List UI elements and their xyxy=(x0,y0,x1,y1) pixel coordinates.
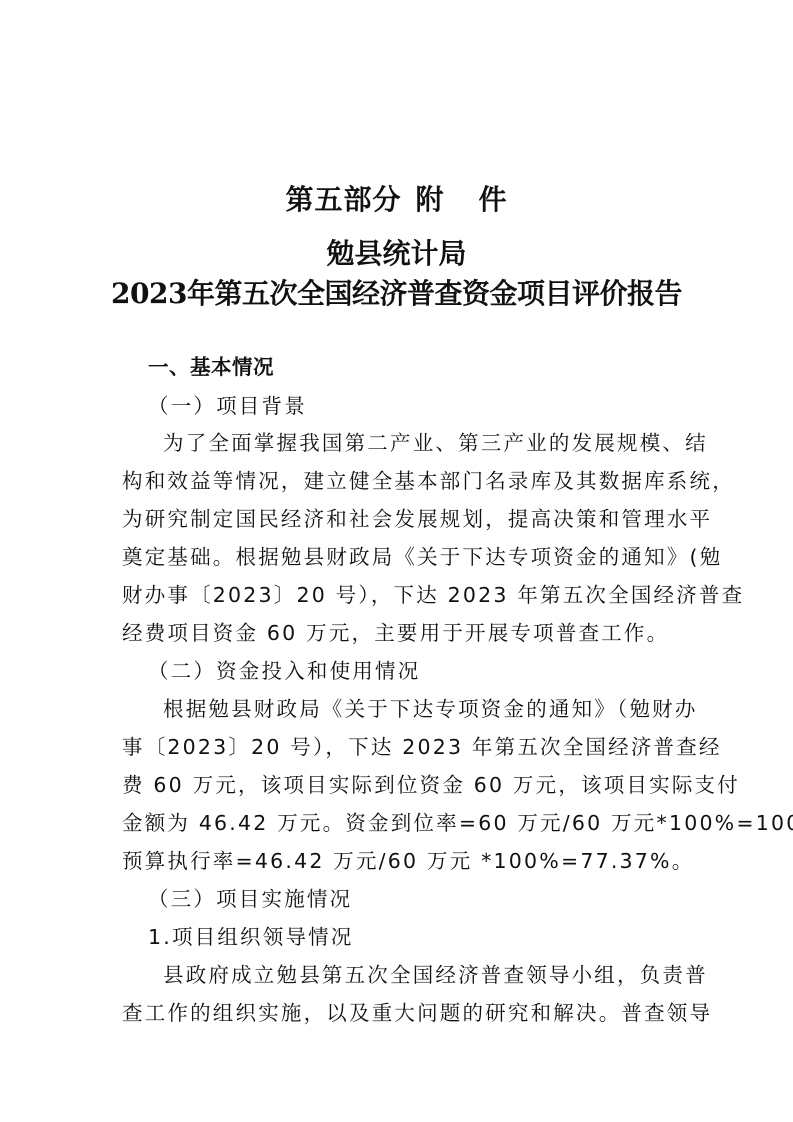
paragraph-line: 费 60 万元，该项目实际到位资金 60 万元，该项目实际支付 xyxy=(122,770,682,800)
paragraph-line: 金额为 46.42 万元。资金到位率=60 万元/60 万元*100%=100%… xyxy=(122,808,682,838)
paragraph-line: 为了全面掌握我国第二产业、第三产业的发展规模、结 xyxy=(163,428,723,458)
paragraph-line: 查工作的组织实施，以及重大问题的研究和解决。普查领导 xyxy=(122,998,682,1028)
paragraph-line: 预算执行率=46.42 万元/60 万元 *100%=77.37%。 xyxy=(122,846,682,876)
paragraph-line: 事〔2023〕20 号），下达 2023 年第五次全国经济普查经 xyxy=(122,732,682,762)
subsection-heading-background: （一）项目背景 xyxy=(148,391,708,421)
paragraph-line: 奠定基础。根据勉县财政局《关于下达专项资金的通知》(勉 xyxy=(122,542,682,572)
organization-title: 勉县统计局 xyxy=(0,236,793,272)
report-title: 2023年第五次全国经济普查资金项目评价报告 xyxy=(0,274,793,314)
part-word-1: 附 xyxy=(415,183,444,216)
part-word-2: 件 xyxy=(479,183,508,216)
paragraph-line: 财办事〔2023〕20 号），下达 2023 年第五次全国经济普查 xyxy=(122,580,682,610)
document-page: 第五部分附件 勉县统计局 2023年第五次全国经济普查资金项目评价报告 一、基本… xyxy=(0,0,793,1122)
part-label: 第五部分 xyxy=(285,183,401,216)
paragraph-line: 构和效益等情况，建立健全基本部门名录库及其数据库系统， xyxy=(122,466,682,496)
part-title: 第五部分附件 xyxy=(0,180,793,220)
paragraph-line: 为研究制定国民经济和社会发展规划，提高决策和管理水平 xyxy=(122,504,682,534)
paragraph-line: 根据勉县财政局《关于下达专项资金的通知》（勉财办 xyxy=(163,694,723,724)
item-heading-organization: 1.项目组织领导情况 xyxy=(148,922,708,952)
subsection-heading-funding: （二）资金投入和使用情况 xyxy=(148,656,708,686)
subsection-heading-implementation: （三）项目实施情况 xyxy=(148,884,708,914)
paragraph-line: 经费项目资金 60 万元，主要用于开展专项普查工作。 xyxy=(122,618,682,648)
paragraph-line: 县政府成立勉县第五次全国经济普查领导小组，负责普 xyxy=(163,960,723,990)
section-heading-basic-info: 一、基本情况 xyxy=(148,352,708,382)
